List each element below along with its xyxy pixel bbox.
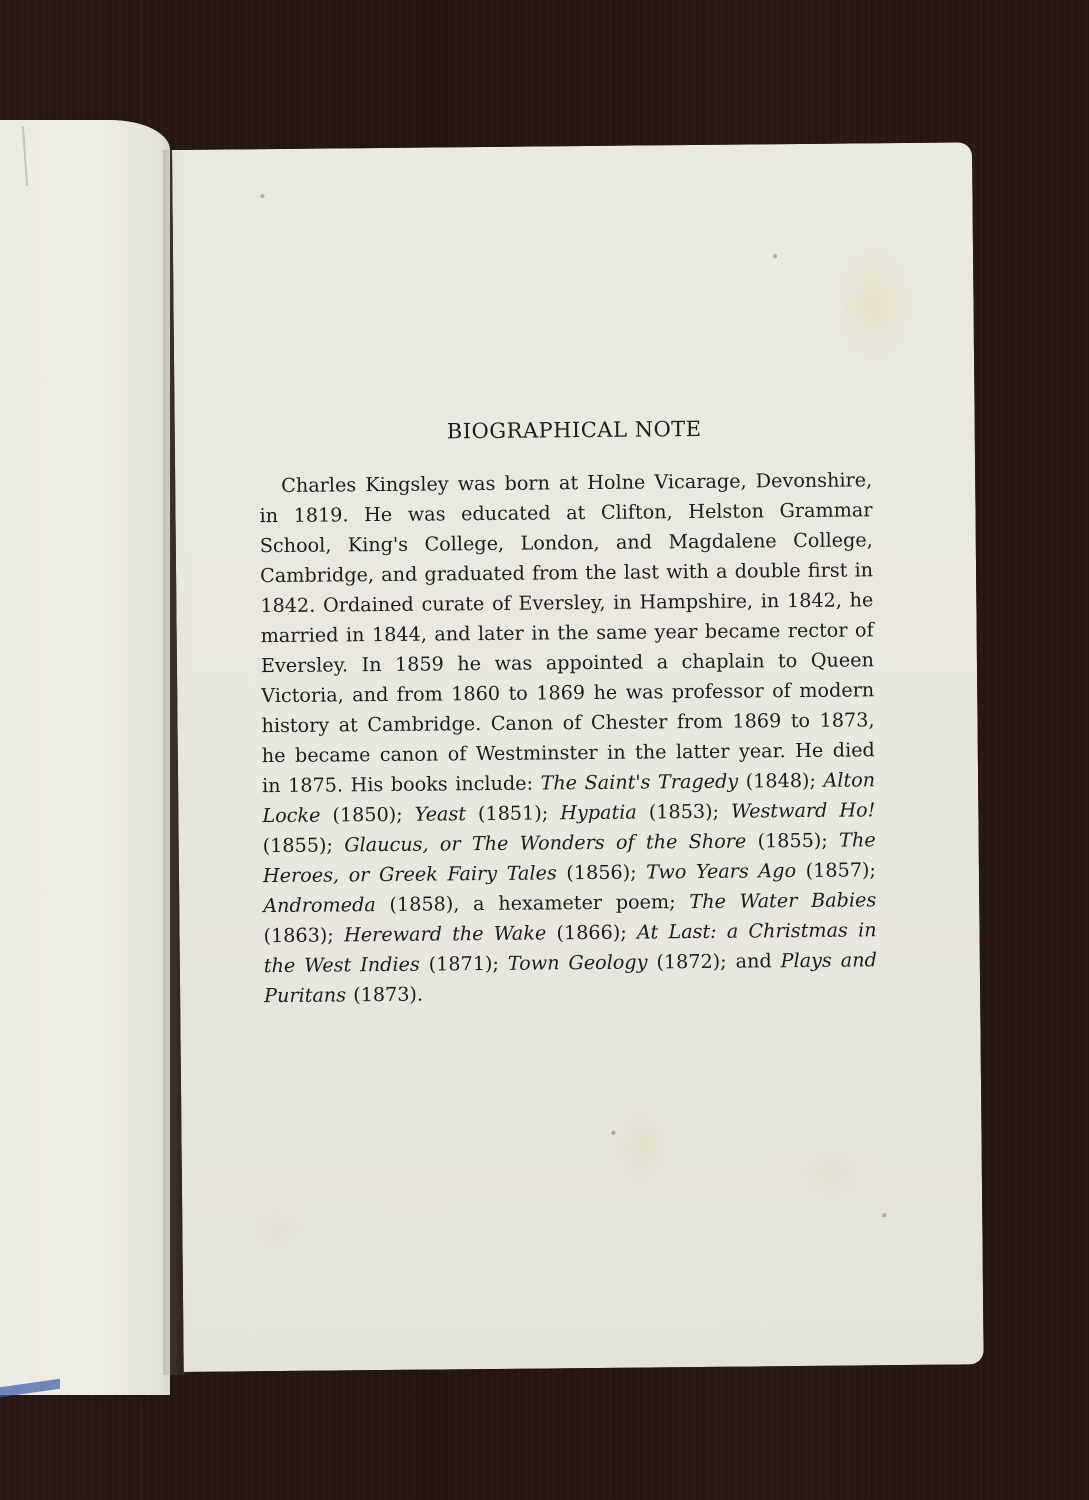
text-run: (1851); <box>466 801 560 825</box>
text-run: (1853); <box>637 800 731 824</box>
biographical-note: BIOGRAPHICAL NOTE Charles Kingsley was b… <box>259 415 878 1011</box>
text-run: (1855); <box>263 833 345 857</box>
text-run: (1863); <box>263 923 344 947</box>
book-title: Yeast <box>415 802 467 825</box>
text-run: (1855); <box>746 829 839 853</box>
book-title: The Saint's Tragedy <box>540 770 738 795</box>
book-title: The Water Babies <box>689 888 876 913</box>
book-title: Hypatia <box>560 801 637 825</box>
left-page <box>0 120 170 1395</box>
foxing-spot <box>882 1213 886 1217</box>
page-title: BIOGRAPHICAL NOTE <box>259 415 872 445</box>
book-title: Hereward the Wake <box>344 921 546 946</box>
text-run: (1857); <box>796 858 876 882</box>
text-run: Charles Kingsley was born at Holne Vicar… <box>259 468 874 797</box>
book-title: Town Geology <box>508 950 648 974</box>
text-run: (1858), a hexameter poem; <box>376 890 690 916</box>
text-run: (1873). <box>346 983 423 1007</box>
biography-paragraph: Charles Kingsley was born at Holne Vicar… <box>259 465 877 1011</box>
book-title: Glaucus, or The Wonders of the Shore <box>344 830 746 857</box>
text-run: (1866); <box>546 921 637 945</box>
text-run: (1871); <box>420 952 508 976</box>
text-run: (1872); and <box>647 949 780 973</box>
right-page: BIOGRAPHICAL NOTE Charles Kingsley was b… <box>172 142 984 1372</box>
text-run: (1850); <box>320 803 414 827</box>
book-title: Two Years Ago <box>646 859 796 883</box>
page-crease <box>22 126 28 186</box>
foxing-spot <box>260 194 264 198</box>
book-title: Andromeda <box>263 893 376 917</box>
text-run: (1856); <box>557 860 647 884</box>
foxing-spot <box>611 1131 615 1135</box>
text-run: (1848); <box>738 769 824 793</box>
foxing-spot <box>773 254 777 258</box>
book-title: Westward Ho! <box>731 798 876 822</box>
